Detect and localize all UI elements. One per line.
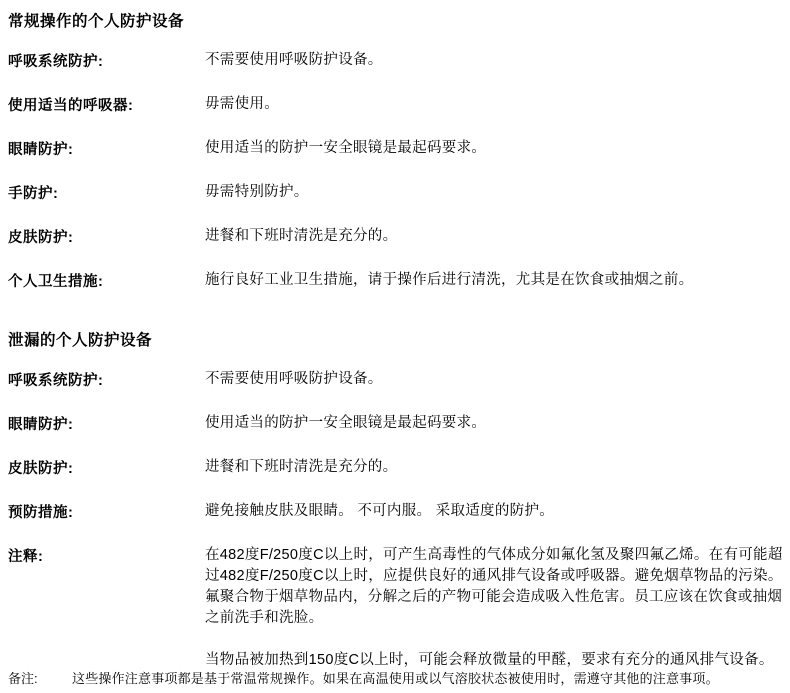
field-value: 毋需特别防护。 [205, 182, 787, 203]
field-row-skin-protection: 皮肤防护: 进餐和下班时清洗是充分的。 [8, 226, 788, 247]
section2-title: 泄漏的个人防护设备 [8, 328, 788, 350]
field-label: 个人卫生措施: [8, 270, 205, 291]
field-label: 注释: [8, 545, 205, 566]
field-value: 使用适当的防护一安全眼镜是最起码要求。 [205, 413, 787, 434]
document-page: 常规操作的个人防护设备 呼吸系统防护: 不需要使用呼吸防护设备。 使用适当的呼吸… [0, 0, 790, 693]
field-row-personal-hygiene: 个人卫生措施: 施行良好工业卫生措施，请于操作后进行清洗，尤其是在饮食或抽烟之前… [8, 270, 788, 291]
field-value: 毋需使用。 [205, 94, 787, 115]
field-row-respirator: 使用适当的呼吸器: 毋需使用。 [8, 94, 788, 115]
field-value: 施行良好工业卫生措施，请于操作后进行清洗，尤其是在饮食或抽烟之前。 [205, 270, 787, 291]
field-label: 呼吸系统防护: [8, 369, 205, 390]
field-row-notes: 注释: 在482度F/250度C以上时，可产生高毒性的气体成分如氟化氢及聚四氟乙… [8, 545, 788, 671]
field-row-hand-protection: 手防护: 毋需特别防护。 [8, 182, 788, 203]
field-row-respiratory: 呼吸系统防护: 不需要使用呼吸防护设备。 [8, 50, 788, 71]
field-label: 使用适当的呼吸器: [8, 94, 205, 115]
footer-remark-label: 备注: [8, 668, 72, 687]
field-label: 预防措施: [8, 501, 205, 522]
field-label: 呼吸系统防护: [8, 50, 205, 71]
field-value: 使用适当的防护一安全眼镜是最起码要求。 [205, 138, 787, 159]
field-label: 皮肤防护: [8, 226, 205, 247]
footer-remark-row: 备注: 这些操作注意事项都是基于常温常规操作。如果在高温使用或以气溶胶状态被使用… [8, 668, 786, 687]
field-label: 眼睛防护: [8, 138, 205, 159]
field-row-eye-protection-spill: 眼睛防护: 使用适当的防护一安全眼镜是最起码要求。 [8, 413, 788, 434]
notes-value: 在482度F/250度C以上时，可产生高毒性的气体成分如氟化氢及聚四氟乙烯。在有… [205, 545, 787, 671]
field-label: 手防护: [8, 182, 205, 203]
field-row-eye-protection: 眼睛防护: 使用适当的防护一安全眼镜是最起码要求。 [8, 138, 788, 159]
field-row-skin-protection-spill: 皮肤防护: 进餐和下班时清洗是充分的。 [8, 457, 788, 478]
section1-title: 常规操作的个人防护设备 [8, 9, 788, 31]
field-label: 皮肤防护: [8, 457, 205, 478]
field-row-precautions: 预防措施: 避免接触皮肤及眼睛。 不可内服。 采取适度的防护。 [8, 501, 788, 522]
field-label: 眼睛防护: [8, 413, 205, 434]
field-value: 进餐和下班时清洗是充分的。 [205, 226, 787, 247]
footer-remark-text: 这些操作注意事项都是基于常温常规操作。如果在高温使用或以气溶胶状态被使用时，需遵… [72, 668, 786, 687]
field-value: 进餐和下班时清洗是充分的。 [205, 457, 787, 478]
field-value: 不需要使用呼吸防护设备。 [205, 369, 787, 390]
notes-paragraph-1: 在482度F/250度C以上时，可产生高毒性的气体成分如氟化氢及聚四氟乙烯。在有… [205, 545, 787, 629]
field-value: 避免接触皮肤及眼睛。 不可内服。 采取适度的防护。 [205, 501, 787, 522]
field-value: 不需要使用呼吸防护设备。 [205, 50, 787, 71]
field-row-respiratory-spill: 呼吸系统防护: 不需要使用呼吸防护设备。 [8, 369, 788, 390]
